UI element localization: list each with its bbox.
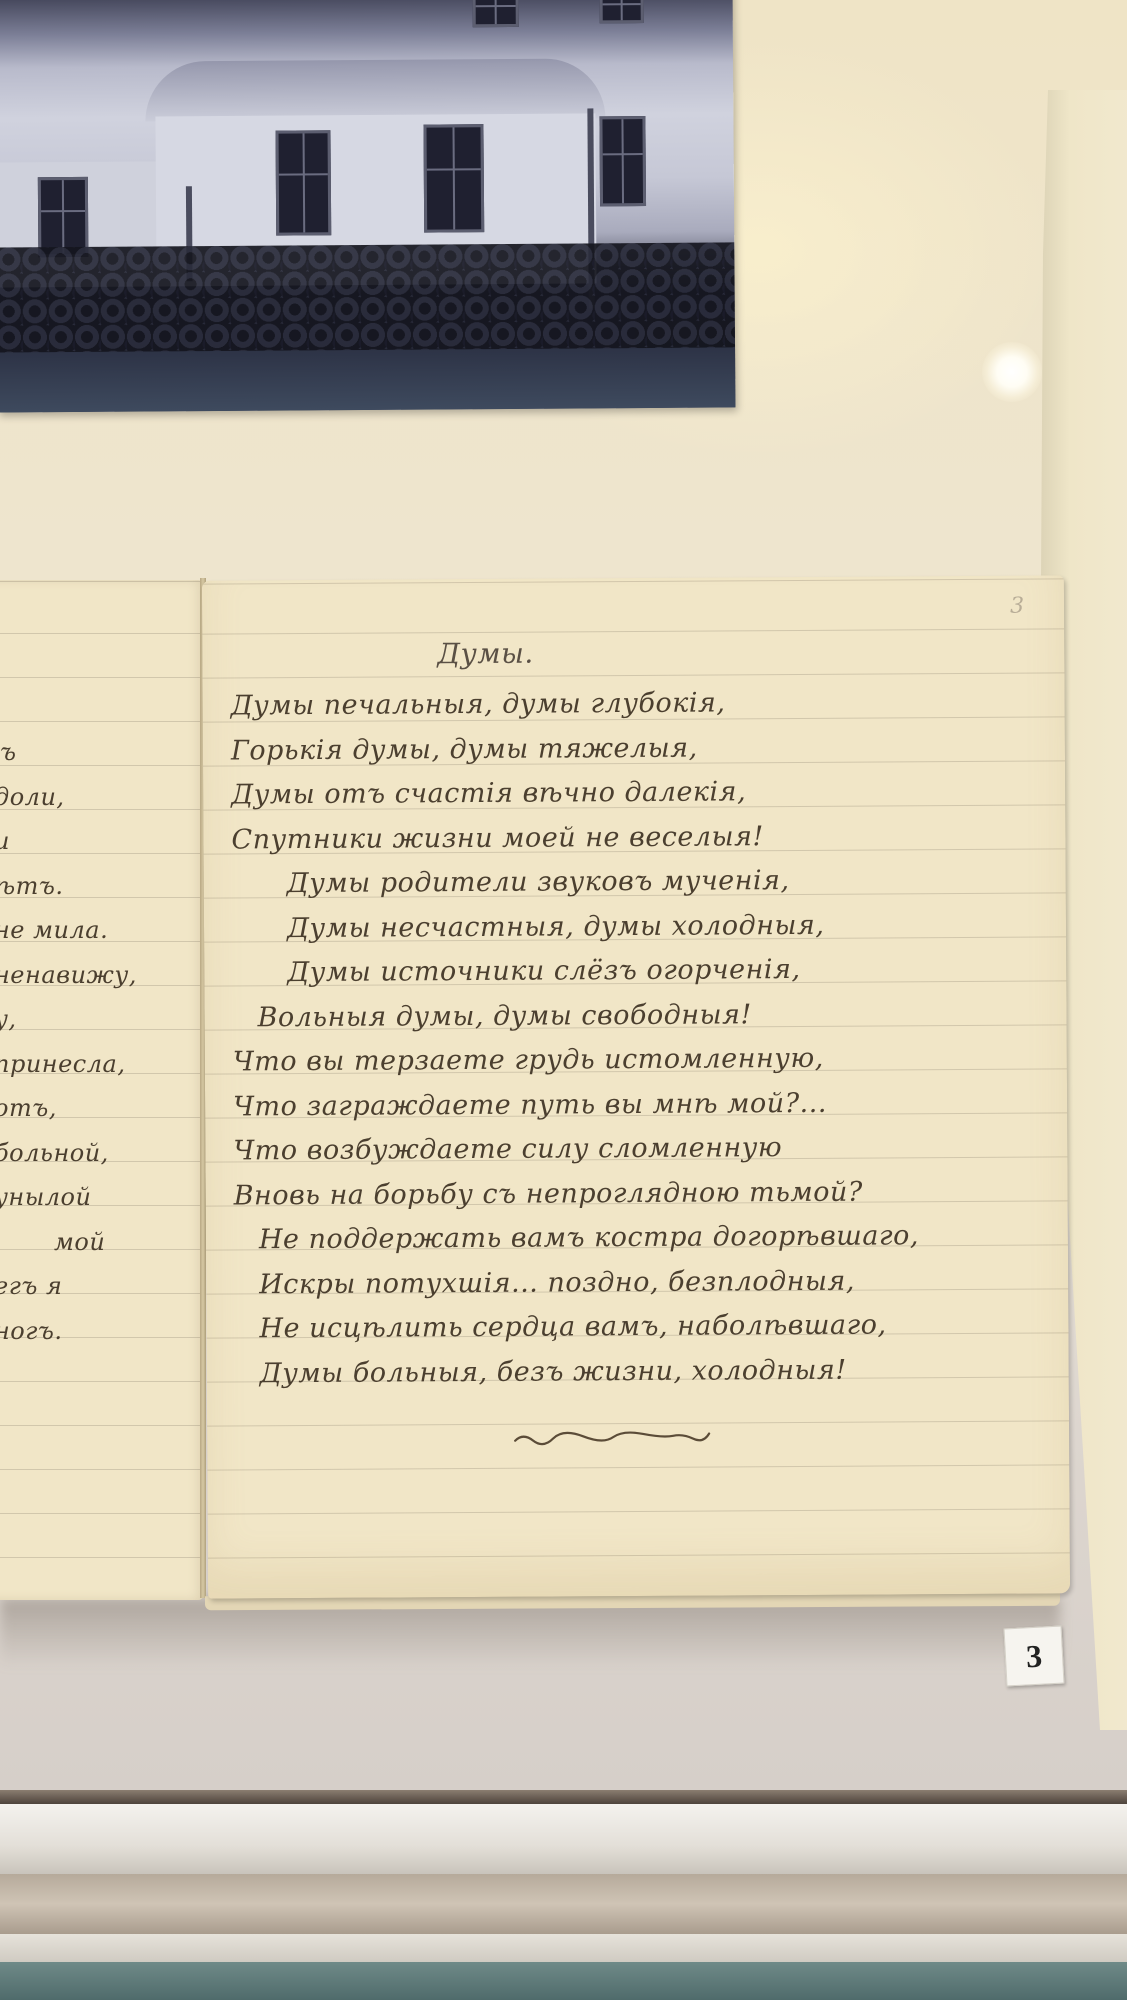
ending-flourish-icon (513, 1428, 713, 1449)
poem-line: Что возбуждаете силу сломленную (233, 1125, 918, 1174)
left-line: ненавижу, (0, 953, 194, 998)
left-page-text: ъ доли, и ѣтъ. не мила. ненавижу, у, при… (0, 730, 194, 1353)
photo-window (473, 0, 519, 27)
photo-roof (145, 58, 605, 121)
historic-school-photo (0, 0, 735, 413)
poem-line: Не исцѣлить сердца вамъ, наболѣвшаго, (234, 1303, 919, 1352)
photo-ground (0, 347, 735, 412)
poem-line: Думы источники слёзъ огорченія, (232, 947, 917, 996)
poem-line: Что вы терзаете грудь истомленную, (233, 1036, 918, 1085)
museum-display-case: ъ доли, и ѣтъ. не мила. ненавижу, у, при… (0, 0, 1127, 2000)
poem-line: Спутники жизни моей не веселыя! (231, 814, 916, 863)
poem-line: Вольныя думы, думы свободныя! (232, 992, 917, 1041)
left-line: не мила. (0, 908, 194, 953)
poem-line: Не поддержать вамъ костра догорѣвшаго, (234, 1214, 919, 1263)
right-page: 3 Думы. Думы печальныя, думы глубокія, Г… (202, 575, 1070, 1598)
poem-line: Искры потухшія... поздно, безплодныя, (234, 1259, 919, 1308)
left-line: ѣтъ. (0, 864, 194, 909)
left-line: и (0, 819, 194, 864)
photo-window (599, 116, 646, 206)
photo-window (423, 124, 484, 232)
left-line: отъ, (0, 1086, 194, 1131)
exhibit-number: 3 (1025, 1637, 1043, 1675)
poem-line: Думы печальныя, думы глубокія, (231, 680, 916, 729)
page-number: 3 (1010, 594, 1024, 619)
photo-window (276, 130, 332, 235)
left-line: мой (0, 1220, 194, 1265)
poem-title: Думы. (437, 637, 534, 671)
molding-wood (0, 1874, 1127, 1934)
poem-line: Думы отъ счастія вѣчно далекія, (231, 769, 916, 818)
case-frame-molding (0, 1790, 1127, 2000)
molding-light (0, 1934, 1127, 1962)
light-glint (982, 342, 1042, 402)
poem-line: Думы родители звуковъ мученія, (232, 858, 917, 907)
left-line: принесла, (0, 1042, 194, 1087)
poem-line: Горькія думы, думы тяжелыя, (231, 725, 916, 774)
left-page: ъ доли, и ѣтъ. не мила. ненавижу, у, при… (0, 580, 204, 1600)
left-line: унылой (0, 1175, 194, 1220)
poem-line: Думы больныя, безъ жизни, холодныя! (235, 1348, 920, 1397)
left-line: у, (0, 997, 194, 1042)
exhibit-number-label: 3 (1004, 1626, 1065, 1687)
molding-white (0, 1804, 1127, 1874)
molding-shadow (0, 1790, 1127, 1804)
photo-window (600, 0, 644, 23)
poem-body: Думы печальныя, думы глубокія, Горькія д… (231, 680, 920, 1396)
poem-line: Думы несчастныя, думы холодныя, (232, 903, 917, 952)
left-line: больной, (0, 1131, 194, 1176)
left-line: ъ (0, 730, 194, 775)
poem-line: Вновь на борьбу съ непроглядною тьмой? (234, 1170, 919, 1219)
molding-teal (0, 1962, 1127, 2000)
photo-window (38, 177, 89, 257)
left-line: ногъ. (0, 1309, 194, 1354)
left-line: доли, (0, 775, 194, 820)
open-notebook: ъ доли, и ѣтъ. не мила. ненавижу, у, при… (0, 578, 1075, 1608)
poem-line: Что заграждаете путь вы мнѣ мой?... (233, 1081, 918, 1130)
left-line: егъ я (0, 1264, 194, 1309)
